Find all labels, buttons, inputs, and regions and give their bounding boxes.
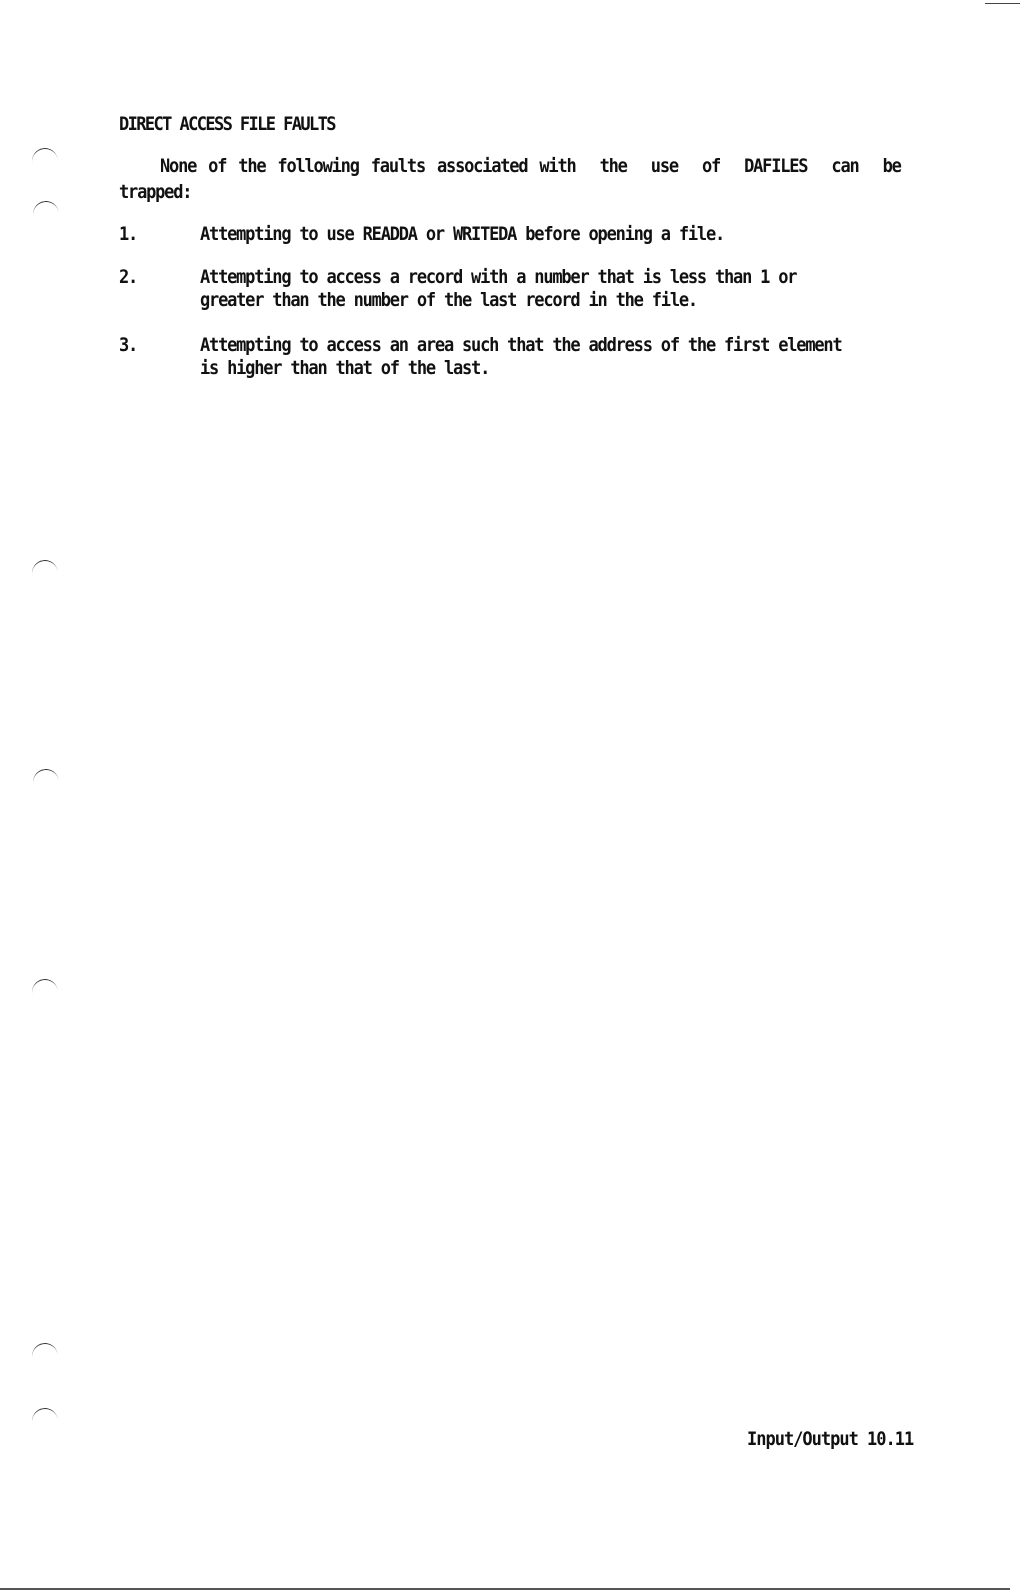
section-heading: DIRECT ACCESS FILE FAULTS bbox=[119, 113, 335, 135]
binder-hole-mark bbox=[30, 1341, 60, 1371]
binder-hole-mark bbox=[30, 1406, 60, 1436]
list-item-2-number: 2. bbox=[119, 266, 137, 288]
intro-paragraph-line-2: trapped: bbox=[119, 181, 191, 203]
binder-hole-mark bbox=[31, 767, 61, 797]
binder-hole-mark bbox=[31, 199, 61, 229]
list-item-3-text-line-2: is higher than that of the last. bbox=[200, 357, 489, 379]
binder-hole-mark bbox=[30, 146, 60, 176]
list-item-3-text-line-1: Attempting to access an area such that t… bbox=[200, 334, 841, 356]
list-item-1-number: 1. bbox=[119, 223, 137, 245]
binder-hole-mark bbox=[30, 977, 60, 1007]
top-edge-rule bbox=[985, 3, 1020, 4]
list-item-1-text: Attempting to use READDA or WRITEDA befo… bbox=[200, 223, 724, 245]
list-item-3-number: 3. bbox=[119, 334, 137, 356]
list-item-2-text-line-2: greater than the number of the last reco… bbox=[200, 289, 697, 311]
page-footer: Input/Output 10.11 bbox=[747, 1428, 913, 1450]
list-item-2-text-line-1: Attempting to access a record with a num… bbox=[200, 266, 796, 288]
binder-hole-mark bbox=[30, 558, 60, 588]
bottom-edge-rule bbox=[0, 1588, 1010, 1590]
intro-paragraph-line-1: None of the following faults associated … bbox=[160, 155, 901, 177]
